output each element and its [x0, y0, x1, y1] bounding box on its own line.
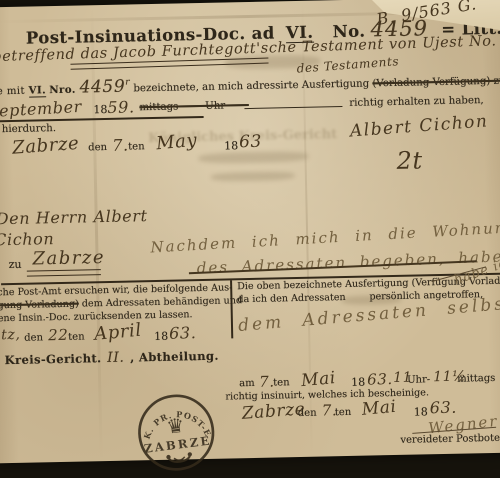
leftcol-date-frag: itz, — [0, 327, 21, 344]
time-year-hand: 63. — [367, 370, 393, 389]
time-am: am — [239, 378, 255, 389]
leftcol-date-day: 22 — [48, 326, 69, 344]
postman-role: vereideter Postbote. — [400, 433, 500, 446]
time-ten: ten — [273, 377, 290, 388]
receipt-line: ie mit VI. Nro. 4459r bezeichnete, an mi… — [0, 67, 500, 99]
time-uhr: Uhr- — [407, 374, 430, 385]
delivery-year-print: 18 — [414, 405, 428, 418]
document-scan: Königliches Kreis-Gericht Post-Insinuati… — [0, 0, 500, 478]
court-name: Kreis-Gericht. — [5, 351, 102, 367]
delivery-month: Mai — [361, 397, 397, 420]
delivery-den: den — [298, 408, 317, 419]
issue-place: Zabrze — [12, 133, 80, 159]
blank-line — [244, 106, 342, 109]
leftcol-date-year-print: 18 — [154, 330, 168, 343]
receipt-number-sup: r — [125, 77, 130, 87]
rightcol-line2a: da ich den Adressaten — [237, 292, 345, 305]
delivery-ten: ten — [335, 407, 352, 418]
leftcol-date-ten: ten — [68, 331, 85, 342]
bleedthrough-smudge — [198, 151, 308, 164]
dateline-year-hand: 59. — [107, 97, 135, 117]
addressee-place: Zabrze — [32, 247, 105, 270]
receipt-a: ie mit — [0, 86, 29, 98]
paper-content: Königliches Kreis-Gericht Post-Insinuati… — [0, 0, 500, 463]
receipt-b: Nro. — [49, 84, 80, 97]
issue-year-hand: 63 — [239, 132, 262, 152]
dateline-month: September — [0, 97, 82, 121]
court-line: Kreis-Gericht. II. , Abtheilung. — [5, 348, 219, 368]
issue-den: den — [88, 142, 107, 153]
dateline-struck: mittags —— Uhr —— — [139, 100, 249, 113]
rightcol-line4: richtig insinuirt, welches ich bescheini… — [225, 387, 429, 402]
recipient-signature: Albert Cichon — [349, 111, 489, 141]
time-month: Mai — [300, 368, 336, 391]
addressee-underline — [27, 269, 101, 277]
dateline-year-print: 18 — [93, 103, 107, 116]
postage-pen-mark: 2t — [396, 146, 423, 175]
receipt-roman: VI. — [28, 84, 46, 97]
leftcol-date-month: April — [93, 320, 142, 345]
receipt-c: bezeichnete, an mich adressirte Ausferti… — [133, 78, 372, 94]
court-division: II. — [107, 350, 125, 366]
hierdurch-text: hierdurch. — [2, 123, 56, 135]
leftcol-date-den: den — [24, 332, 43, 343]
receipt-number: 4459 — [79, 77, 125, 98]
issue-month: May — [155, 130, 198, 155]
issue-day: 7. — [112, 136, 129, 155]
posthorn-icon — [166, 452, 193, 463]
stamp-place-text: ZABRZE — [143, 433, 212, 455]
addressee-zu: zu — [9, 258, 22, 271]
time-mittags: mittags — [457, 373, 495, 385]
delivery-year-hand: 63. — [430, 398, 458, 418]
time-year-print: 18 — [351, 376, 365, 389]
leftcol-line2: gung Vorladung) dem Adressaten behändige… — [0, 295, 242, 311]
addressee-line1: Den Herrn Albert — [0, 206, 148, 228]
court-abtheilung: , Abtheilung. — [130, 349, 219, 365]
leftcol-line3: ene Insin.-Doc. zurücksenden zu lassen. — [0, 309, 193, 324]
crown-icon: ♛ — [165, 414, 185, 439]
receipt-struck: (Vorladung Verfügung) zum Termine — [372, 74, 500, 89]
paper-crease — [90, 5, 103, 461]
leftcol-line2-struck: gung Vorladung) — [0, 299, 79, 312]
dateline-right: richtig erhalten zu haben, — [349, 95, 484, 109]
paper-sheet: Königliches Kreis-Gericht Post-Insinuati… — [0, 0, 500, 463]
postal-stamp: K. PR. POST-EXPED. ♛ ZABRZE — [123, 384, 229, 478]
addressee-line2: Cichon — [0, 229, 55, 249]
issue-ten: ten — [128, 141, 145, 152]
leftcol-line2-rest: dem Adressaten behändigen und — [79, 295, 243, 309]
issue-year-print: 18 — [224, 139, 238, 152]
delivery-place: Zabrze — [241, 399, 306, 424]
bleedthrough-smudge — [211, 171, 295, 182]
leftcol-date-year-hand: 63. — [169, 323, 197, 343]
